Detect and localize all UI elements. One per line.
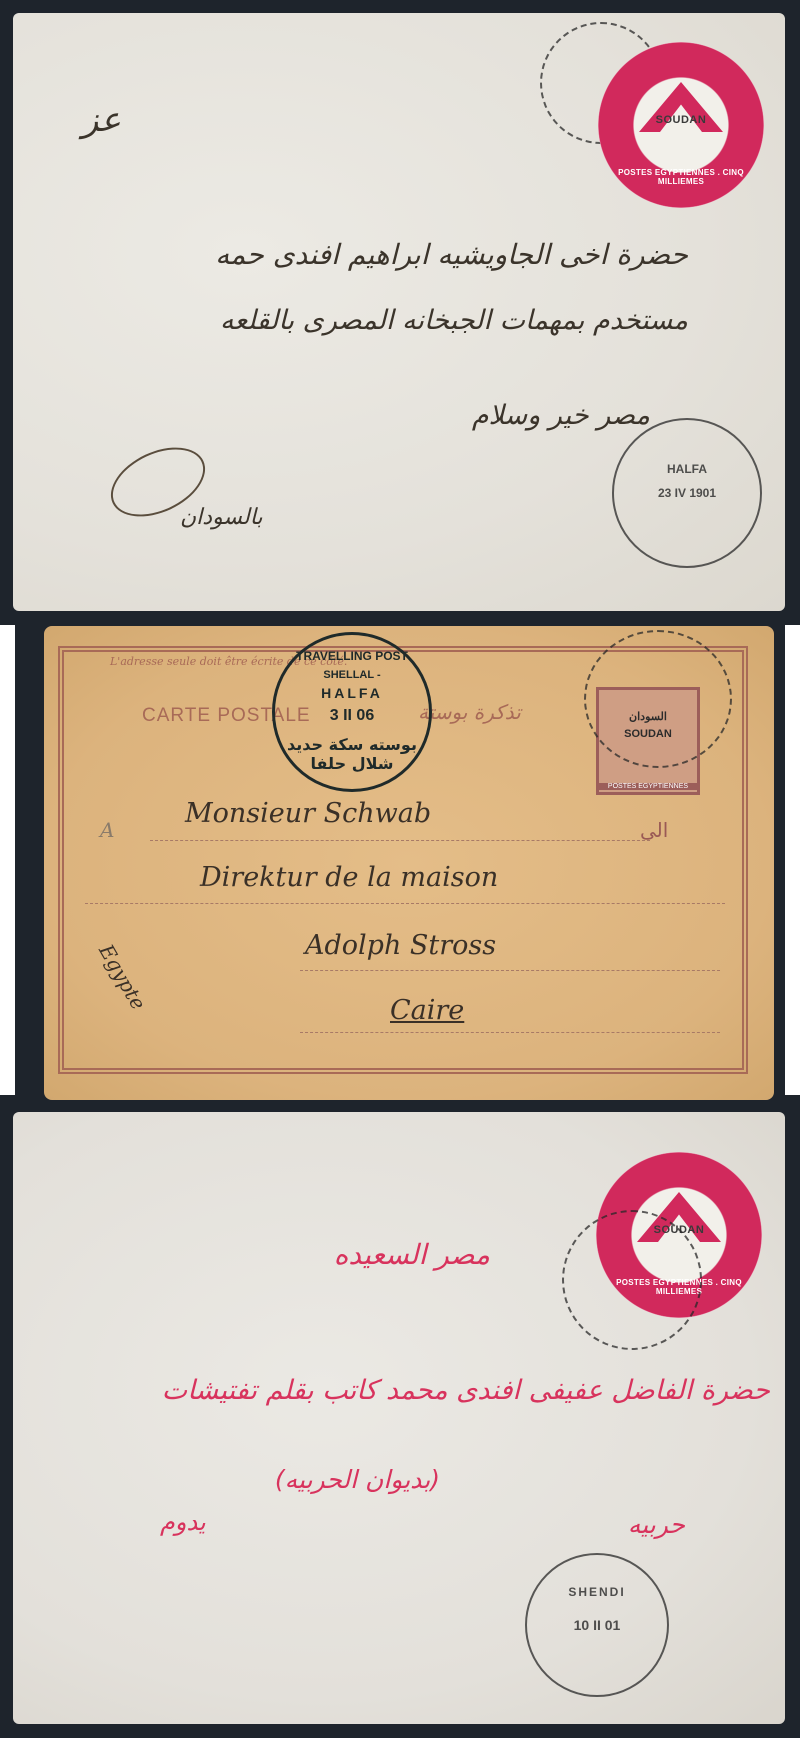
address-line-5: يدوم: [160, 1508, 206, 1536]
postmark-place: HALFA: [614, 462, 760, 476]
postmark-date: 10 II 01: [527, 1617, 667, 1633]
postmark-3a: [562, 1210, 702, 1350]
address-line-2: حضرة الفاضل عفيفى افندى محمد كاتب بقلم ت…: [162, 1375, 770, 1406]
address-line-3: Adolph Stross: [305, 930, 496, 961]
stamp-legend: POSTES EGYPTIENNES: [599, 783, 697, 790]
bottom-note: بالسودان: [180, 505, 263, 530]
postmark-date: 23 IV 1901: [614, 486, 760, 500]
embossed-stamp-1: SOUDAN POSTES EGYPTIENNES . CINQ MILLIEM…: [598, 42, 764, 208]
postcard-title-arabic: تذكرة بوستة: [418, 700, 521, 724]
postmark-2b: [584, 630, 732, 768]
stamp-legend: POSTES EGYPTIENNES . CINQ MILLIEMES: [598, 168, 764, 186]
address-line-1: حضرة اخى الجاويشيه ابراهيم افندى حمه: [215, 238, 688, 271]
address-line-2: Direktur de la maison: [200, 862, 498, 893]
address-line-2: مستخدم بمهمات الجبخانه المصرى بالقلعه: [220, 305, 688, 336]
address-prefix: A: [100, 818, 114, 842]
postmark-place: SHENDI: [527, 1585, 667, 1599]
address-line-1: Monsieur Schwab: [185, 798, 431, 829]
address-line-3: (بديوان الحربيه): [275, 1465, 440, 1494]
corner-note: عز: [82, 100, 121, 140]
postmark-shendi: SHENDI 10 II 01: [525, 1553, 669, 1697]
address-rule-1: [150, 840, 650, 841]
postmark-travelling-post: TRAVELLING POST SHELLAL - HALFA 3 II 06 …: [272, 632, 432, 792]
address-line-4: Caire: [390, 995, 464, 1026]
address-rule-4: [300, 1032, 720, 1033]
address-rule-2: [85, 903, 725, 904]
address-prefix-arabic: الى: [640, 818, 668, 842]
stamp-overprint: SOUDAN: [598, 114, 764, 126]
address-rule-3: [300, 970, 720, 971]
address-line-3: مصر خير وسلام: [472, 400, 650, 431]
address-line-4: حربيه: [628, 1510, 685, 1539]
address-line-1: مصر السعيده: [334, 1238, 490, 1271]
postmark-halfa: HALFA 23 IV 1901: [612, 418, 762, 568]
